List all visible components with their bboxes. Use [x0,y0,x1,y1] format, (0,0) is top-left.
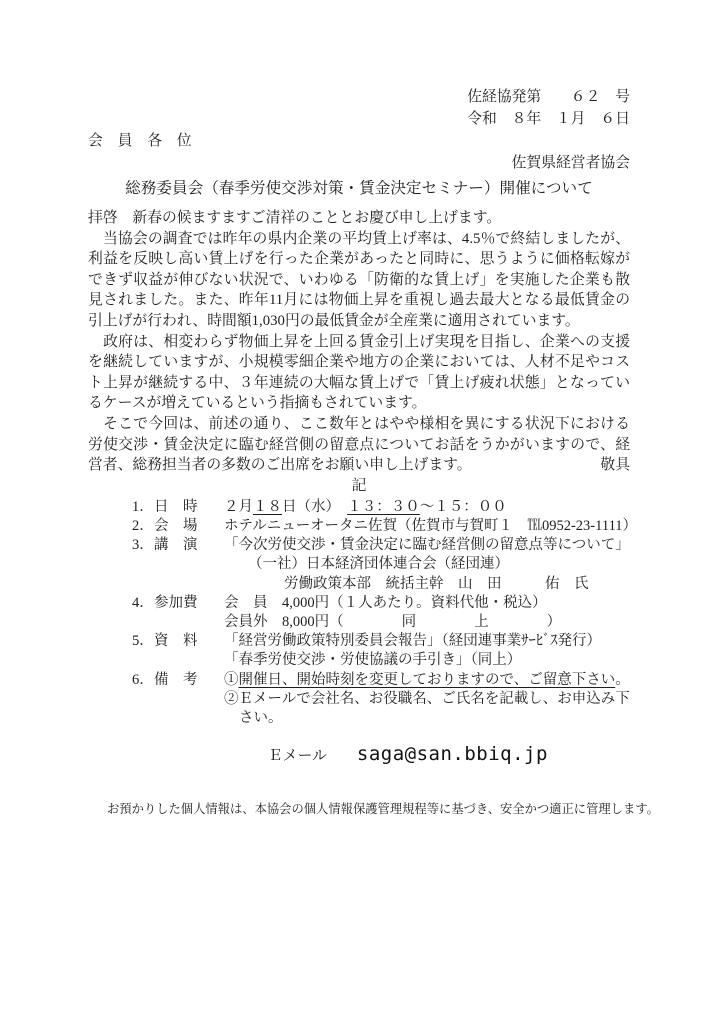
details-list: 1． 日 時 ２月１８日（水） １３：３０～１５：００ 2． 会 場 ホテルニュ… [88,498,630,728]
opening-greeting: 拝啓 新春の候ますますご清祥のこととお慶び申し上げます。 [88,208,630,229]
date-day-underlined: １８ [253,499,282,515]
remark-2-continuation: さい。 [239,709,630,728]
privacy-note: お預かりした個人情報は、本協会の個人情報保護管理規程等に基づき、安全かつ適正に管… [107,801,630,818]
list-item-remarks: 6． 備 考 ①開催日、開始時刻を変更しておりますので、ご留意下さい。 [132,671,630,690]
document-title: 総務委員会（春季労使交渉対策・賃金決定セミナー）開催について [88,177,630,201]
document-page: 佐経協発第 ６２ 号 令和 ８年 １月 ６日 会 員 各 位 佐賀県経営者協会 … [0,0,724,1024]
start-time-underlined: １３：３０ [347,499,420,515]
closing-word: 敬具 [600,455,630,476]
date-weekday: 日（水） [282,499,347,515]
material-1: 「経営労働政策特別委員会報告」（経団連事業ｻｰﾋﾞｽ発行） [224,632,630,651]
remark-1-mark: ① [224,672,239,688]
fee-nonmember: 会員外 8,000円（ 同 上 ） [224,613,630,632]
ki-marker: 記 [88,476,630,496]
lecture-title: 「今次労使交渉・賃金決定に臨む経営側の留意点等について」 [224,536,630,555]
material-2: 「春季労使交渉・労使協議の手引き」（同上） [224,651,630,670]
item3-label: 講 演 [154,536,214,555]
date-month: ２月 [224,499,253,515]
item4-label: 参加費 [154,594,214,613]
item5-number: 5． [132,632,154,651]
item6-number: 6． [132,671,154,690]
doc-number: 佐経協発第 ６２ 号 [88,86,630,108]
fee-member: 会 員 4,000円（１人あたり。資料代他・税込） [224,594,630,613]
list-item-venue: 2． 会 場 ホテルニューオータニ佐賀（佐賀市与賀町１ ℡0952-23-111… [132,517,630,536]
item2-label: 会 場 [154,517,214,536]
list-item-lecture: 3． 講 演 「今次労使交渉・賃金決定に臨む経営側の留意点等について」 [132,536,630,555]
issue-date: 令和 ８年 １月 ６日 [88,108,630,130]
sender-organization: 佐賀県経営者協会 [88,152,630,174]
body-paragraph-government: 政府は、相変わらず物価上昇を上回る賃金引上げ実現を目指し、企業への支援を継続して… [88,332,630,414]
item1-label: 日 時 [154,498,214,517]
venue-text: ホテルニューオータニ佐賀（佐賀市与賀町１ ℡0952-23-1111） [224,517,637,536]
email-address: saga@san.bbiq.jp [357,741,548,767]
item3-number: 3． [132,536,154,555]
remark-1-underlined: 開催日、開始時刻を変更しておりますので、ご留意下さい [239,672,616,688]
recipient: 会 員 各 位 [88,130,630,152]
item4-number: 4． [132,594,154,613]
body-paragraph-survey: 当協会の調査では昨年の県内企業の平均賃上げ率は、4.5％で終結しましたが、利益を… [88,229,630,332]
invitation-text: そこで今回は、前述の通り、ここ数年とはやや様相を異にする状況下における労使交渉・… [88,416,630,473]
item6-label: 備 考 [154,671,214,690]
body-paragraph-invitation: そこで今回は、前述の通り、ここ数年とはやや様相を異にする状況下における労使交渉・… [88,414,630,476]
lecture-organization: （一社）日本経済団体連合会（経団連） [248,555,630,574]
email-line: Ｅメール saga@san.bbiq.jp [268,741,630,769]
email-label: Ｅメール [268,743,327,769]
item2-number: 2． [132,517,154,536]
list-item-datetime: 1． 日 時 ２月１８日（水） １３：３０～１５：００ [132,498,630,517]
item1-number: 1． [132,498,154,517]
remark-1: ①開催日、開始時刻を変更しておりますので、ご留意下さい。 [224,671,630,690]
item5-label: 資 料 [154,632,214,651]
item1-content: ２月１８日（水） １３：３０～１５：００ [224,498,630,517]
list-item-materials: 5． 資 料 「経営労働政策特別委員会報告」（経団連事業ｻｰﾋﾞｽ発行） [132,632,630,651]
end-time: ～１５：００ [420,499,507,515]
remark-1-period: 。 [615,672,630,688]
remark-2: ②Ｅメールで会社名、お役職名、ご氏名を記載し、お申込み下 [224,690,630,709]
lecture-speaker: 労働政策本部 統括主幹 山 田 佑 氏 [284,575,630,594]
list-item-fee: 4． 参加費 会 員 4,000円（１人あたり。資料代他・税込） [132,594,630,613]
